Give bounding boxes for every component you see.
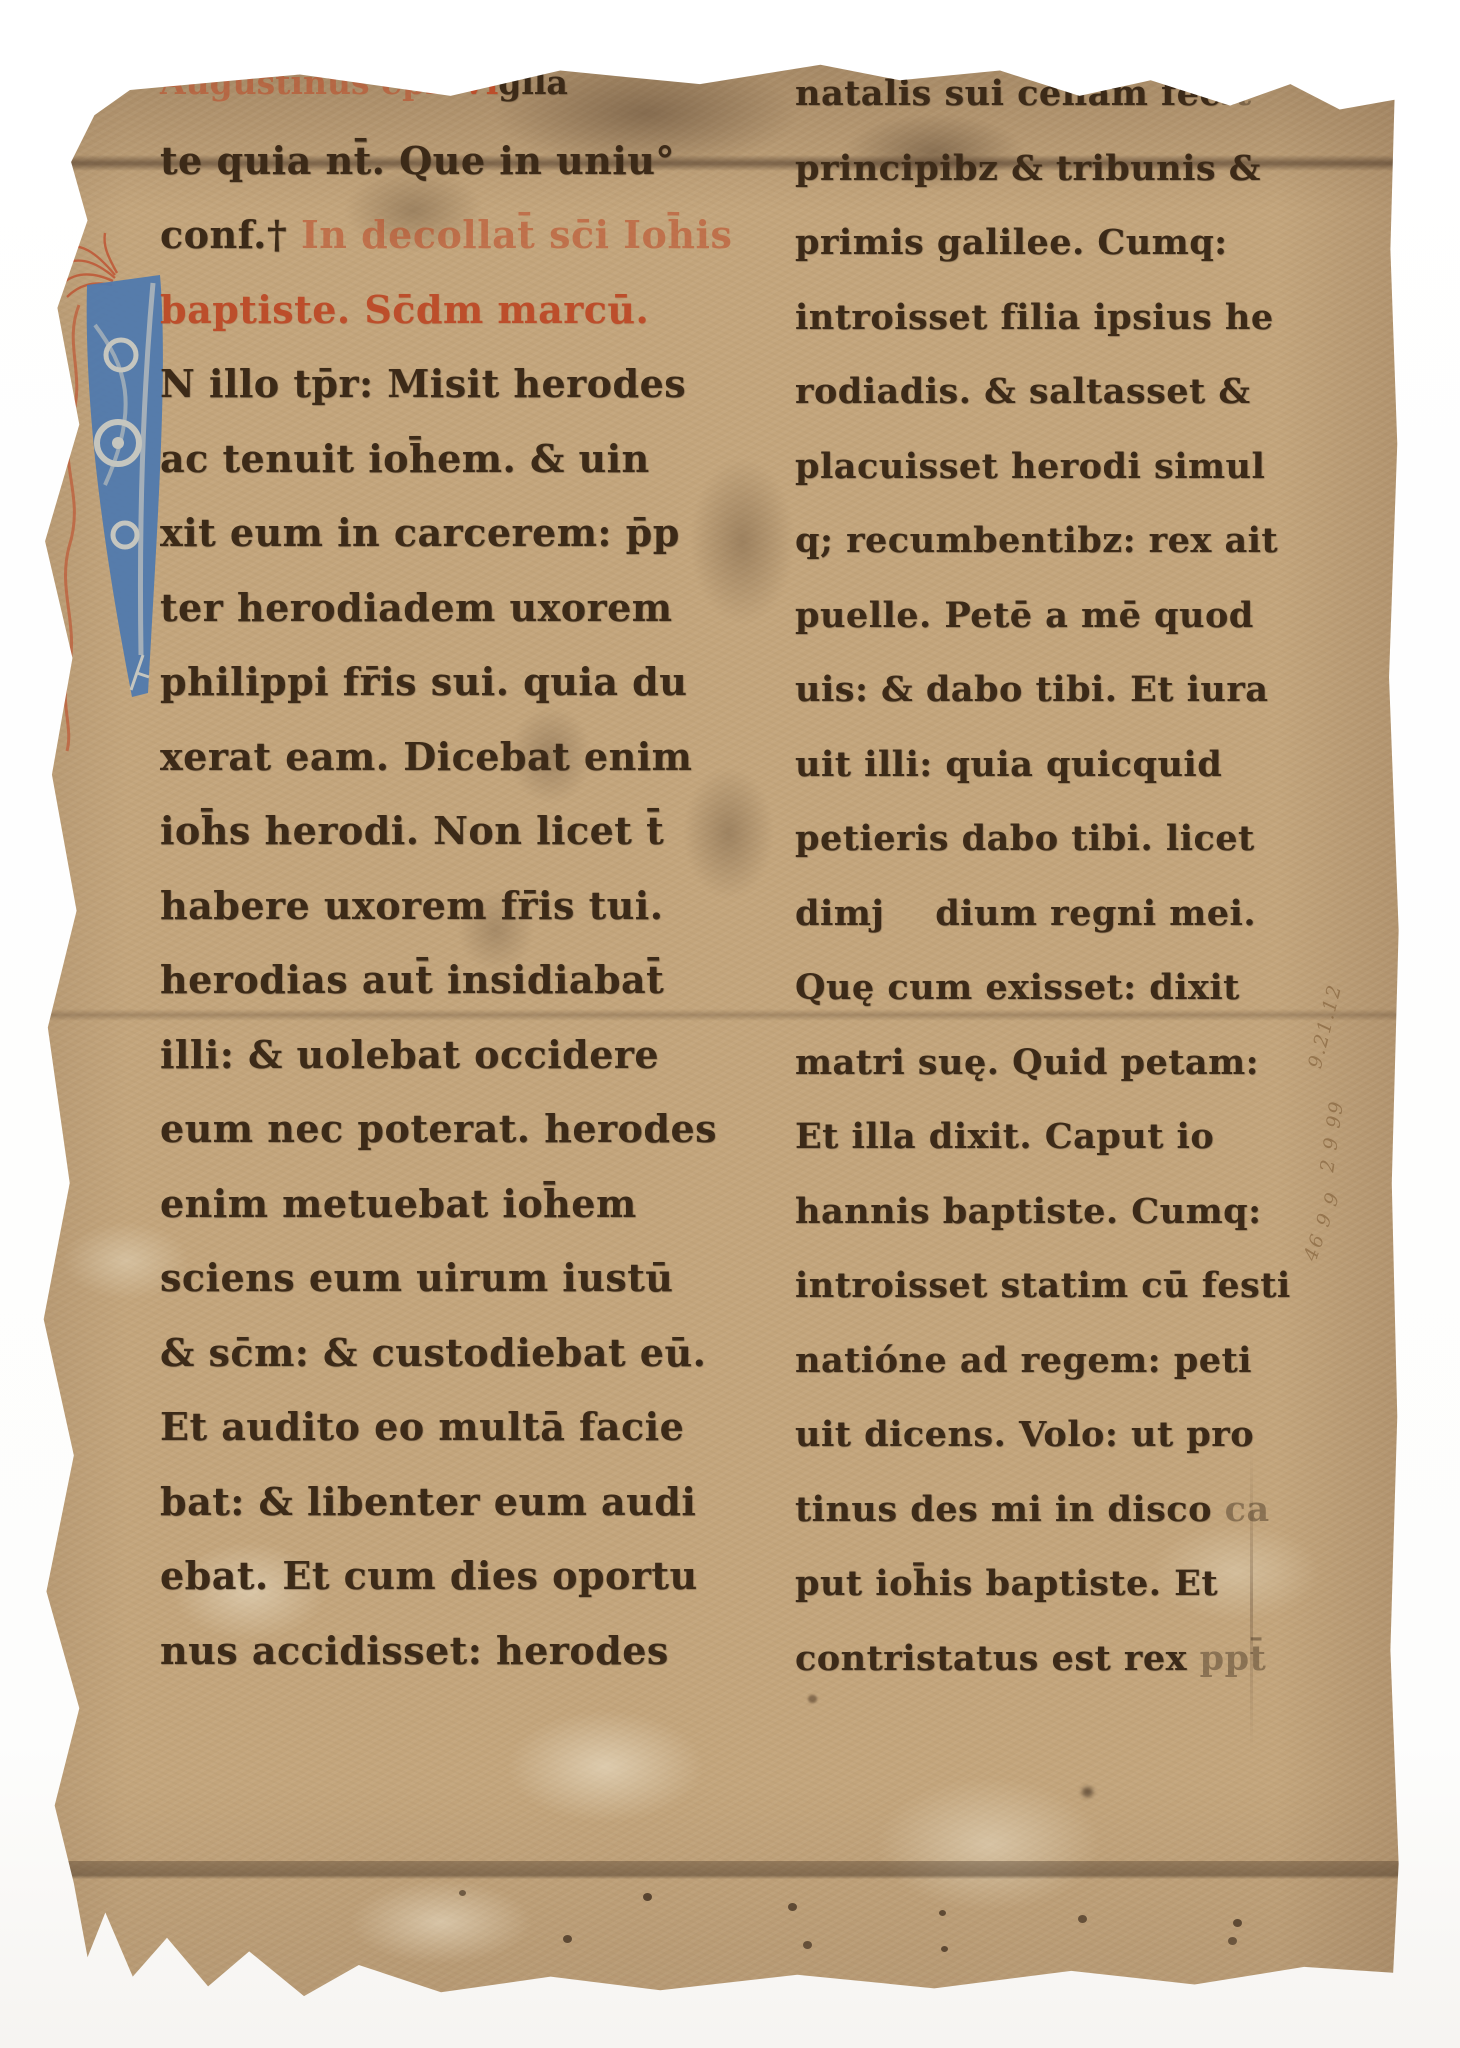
manuscript-line: xit eum in carcerem: p̄p xyxy=(160,510,680,555)
body-text: placuisset herodi simul xyxy=(795,446,1265,487)
body-text: rodiadis. & saltasset & xyxy=(795,371,1251,412)
manuscript-line: ioh̄s herodi. Non licet t̄ xyxy=(160,808,664,853)
manuscript-line: put ioh̄is baptiste. Et xyxy=(795,1563,1218,1604)
body-text: nus accidisset: herodes xyxy=(160,1628,669,1673)
body-text: it xyxy=(1221,73,1251,114)
body-text: contristatus est rex xyxy=(795,1638,1200,1679)
body-text: natióne ad regem: peti xyxy=(795,1340,1252,1381)
marginalia-note: 2 9 99 xyxy=(1316,1099,1348,1174)
manuscript-line: conf.† In decollat̄ sc̄i Ioh̄is xyxy=(160,212,732,257)
body-text: dimj dium regni mei. xyxy=(795,893,1256,934)
body-text: N illo tp̄r: Misit herodes xyxy=(160,361,686,406)
manuscript-line: introisset statim cū festi xyxy=(795,1265,1291,1306)
body-text: matri suę. Quid petam: xyxy=(795,1042,1259,1083)
body-text: petieris dabo tibi. licet xyxy=(795,818,1255,859)
manuscript-line: herodias aut̄ insidiabat̄ xyxy=(160,957,664,1002)
body-text: ter herodiadem uxorem xyxy=(160,585,673,630)
manuscript-line: Quę cum exisset: dixit xyxy=(795,967,1240,1008)
manuscript-line: nus accidisset: herodes xyxy=(160,1628,669,1673)
manuscript-line: rodiadis. & saltasset & xyxy=(795,371,1251,412)
body-text: introisset statim cū festi xyxy=(795,1265,1291,1306)
manuscript-line: uit dicens. Volo: ut pro xyxy=(795,1414,1254,1455)
body-text: uis: & dabo tibi. Et iura xyxy=(795,669,1268,710)
body-text: enim metuebat ioh̄em xyxy=(160,1181,637,1226)
body-text: gila xyxy=(498,63,568,102)
photo-backdrop: Augustinus ep̄i. Vigilate quia nt̄. Que … xyxy=(0,0,1460,2048)
body-text: conf.† xyxy=(160,212,301,257)
body-text: philippi fr̄is sui. quia du xyxy=(160,659,687,704)
body-text: te quia nt̄. Que in uniu° xyxy=(160,138,675,183)
body-text: Et audito eo multā facie xyxy=(160,1404,684,1449)
manuscript-line: Augustinus ep̄i. Vigila xyxy=(160,63,568,102)
body-text: introisset filia ipsius he xyxy=(795,297,1274,338)
body-text: sciens eum uirum iustū xyxy=(160,1255,673,1300)
body-text: uit dicens. Volo: ut pro xyxy=(795,1414,1254,1455)
manuscript-line: hannis baptiste. Cumq: xyxy=(795,1191,1262,1232)
body-text: puelle. Petē a mē quod xyxy=(795,595,1254,636)
manuscript-line: enim metuebat ioh̄em xyxy=(160,1181,637,1226)
manuscript-line: ac tenuit ioh̄em. & uin xyxy=(160,436,650,481)
body-text: ioh̄s herodi. Non licet t̄ xyxy=(160,808,664,853)
manuscript-line: Et audito eo multā facie xyxy=(160,1404,684,1449)
manuscript-line: te quia nt̄. Que in uniu° xyxy=(160,138,675,183)
rubric-text: Augustinus ep̄i. xyxy=(160,63,461,102)
body-text: put ioh̄is baptiste. Et xyxy=(795,1563,1218,1604)
manuscript-line: tinus des mi in disco ca xyxy=(795,1489,1270,1530)
text-column-left: Augustinus ep̄i. Vigilate quia nt̄. Que … xyxy=(160,55,735,2000)
manuscript-line: contristatus est rex ppt̄ xyxy=(795,1638,1266,1679)
manuscript-line: placuisset herodi simul xyxy=(795,446,1265,487)
body-text: herodias aut̄ insidiabat̄ xyxy=(160,957,664,1002)
body-text: natalis sui cenam fec xyxy=(795,73,1221,114)
body-text: uit illi: quia quicquid xyxy=(795,744,1222,785)
penwork-squiggle xyxy=(65,305,79,751)
manuscript-line: sciens eum uirum iustū xyxy=(160,1255,673,1300)
manuscript-line: introisset filia ipsius he xyxy=(795,297,1274,338)
body-text: primis galilee. Cumq: xyxy=(795,222,1228,263)
body-text: illi: & uolebat occidere xyxy=(160,1032,659,1077)
manuscript-line: principibz & tribunis & xyxy=(795,148,1261,189)
manuscript-line: bat: & libenter eum audi xyxy=(160,1479,696,1524)
manuscript-line: puelle. Petē a mē quod xyxy=(795,595,1254,636)
body-text: & sc̄m: & custodiebat eū. xyxy=(160,1330,706,1375)
marginalia-note: 46 9 9 xyxy=(1299,1188,1344,1264)
manuscript-line: primis galilee. Cumq: xyxy=(795,222,1228,263)
body-text: ac tenuit ioh̄em. & uin xyxy=(160,436,650,481)
manuscript-line: dimj dium regni mei. xyxy=(795,893,1256,934)
manuscript-line: petieris dabo tibi. licet xyxy=(795,818,1255,859)
manuscript-line: xerat eam. Dicebat enim xyxy=(160,734,692,779)
manuscript-line: & sc̄m: & custodiebat eū. xyxy=(160,1330,706,1375)
body-text: ebat. Et cum dies oportu xyxy=(160,1553,698,1598)
manuscript-line: uit illi: quia quicquid xyxy=(795,744,1222,785)
manuscript-line: baptiste. Sc̄dm marcū. xyxy=(160,287,649,332)
manuscript-line: uis: & dabo tibi. Et iura xyxy=(795,669,1268,710)
manuscript-line: illi: & uolebat occidere xyxy=(160,1032,659,1077)
manuscript-line: philippi fr̄is sui. quia du xyxy=(160,659,687,704)
manuscript-line: matri suę. Quid petam: xyxy=(795,1042,1259,1083)
body-text: Quę cum exisset: dixit xyxy=(795,967,1240,1008)
wormholes xyxy=(20,45,25,49)
body-text: ppt̄ xyxy=(1200,1638,1267,1679)
manuscript-line: q; recumbentibz: rex ait xyxy=(795,520,1278,561)
body-text: Et illa dixit. Caput io xyxy=(795,1116,1214,1157)
manuscript-line: habere uxorem fr̄is tui. xyxy=(160,883,663,928)
manuscript-line: ter herodiadem uxorem xyxy=(160,585,673,630)
body-text: hannis baptiste. Cumq: xyxy=(795,1191,1262,1232)
manuscript-line: Et illa dixit. Caput io xyxy=(795,1116,1214,1157)
body-text: habere uxorem fr̄is tui. xyxy=(160,883,663,928)
body-text: principibz & tribunis & xyxy=(795,148,1261,189)
body-text: tinus des mi in disco xyxy=(795,1489,1225,1530)
rubric-text: In decollat̄ sc̄i Ioh̄is xyxy=(301,212,732,257)
body-text: xit eum in carcerem: p̄p xyxy=(160,510,680,555)
manuscript-line: eum nec poterat. herodes xyxy=(160,1106,717,1151)
body-text: ca xyxy=(1225,1489,1270,1530)
manuscript-leaf: Augustinus ep̄i. Vigilate quia nt̄. Que … xyxy=(30,55,1400,2000)
body-text: bat: & libenter eum audi xyxy=(160,1479,696,1524)
text-column-right: natalis sui cenam fecitprincipibz & trib… xyxy=(795,55,1275,2000)
manuscript-line: ebat. Et cum dies oportu xyxy=(160,1553,698,1598)
rubric-text: Vi xyxy=(461,63,499,102)
rubric-text: baptiste. Sc̄dm marcū. xyxy=(160,287,649,332)
manuscript-line: natalis sui cenam fecit xyxy=(795,73,1252,114)
body-text: eum nec poterat. herodes xyxy=(160,1106,717,1151)
body-text: q; recumbentibz: rex ait xyxy=(795,520,1278,561)
marginalia-note: 9.21.12 xyxy=(1304,981,1346,1070)
body-text: xerat eam. Dicebat enim xyxy=(160,734,692,779)
manuscript-line: N illo tp̄r: Misit herodes xyxy=(160,361,686,406)
manuscript-line: natióne ad regem: peti xyxy=(795,1340,1252,1381)
